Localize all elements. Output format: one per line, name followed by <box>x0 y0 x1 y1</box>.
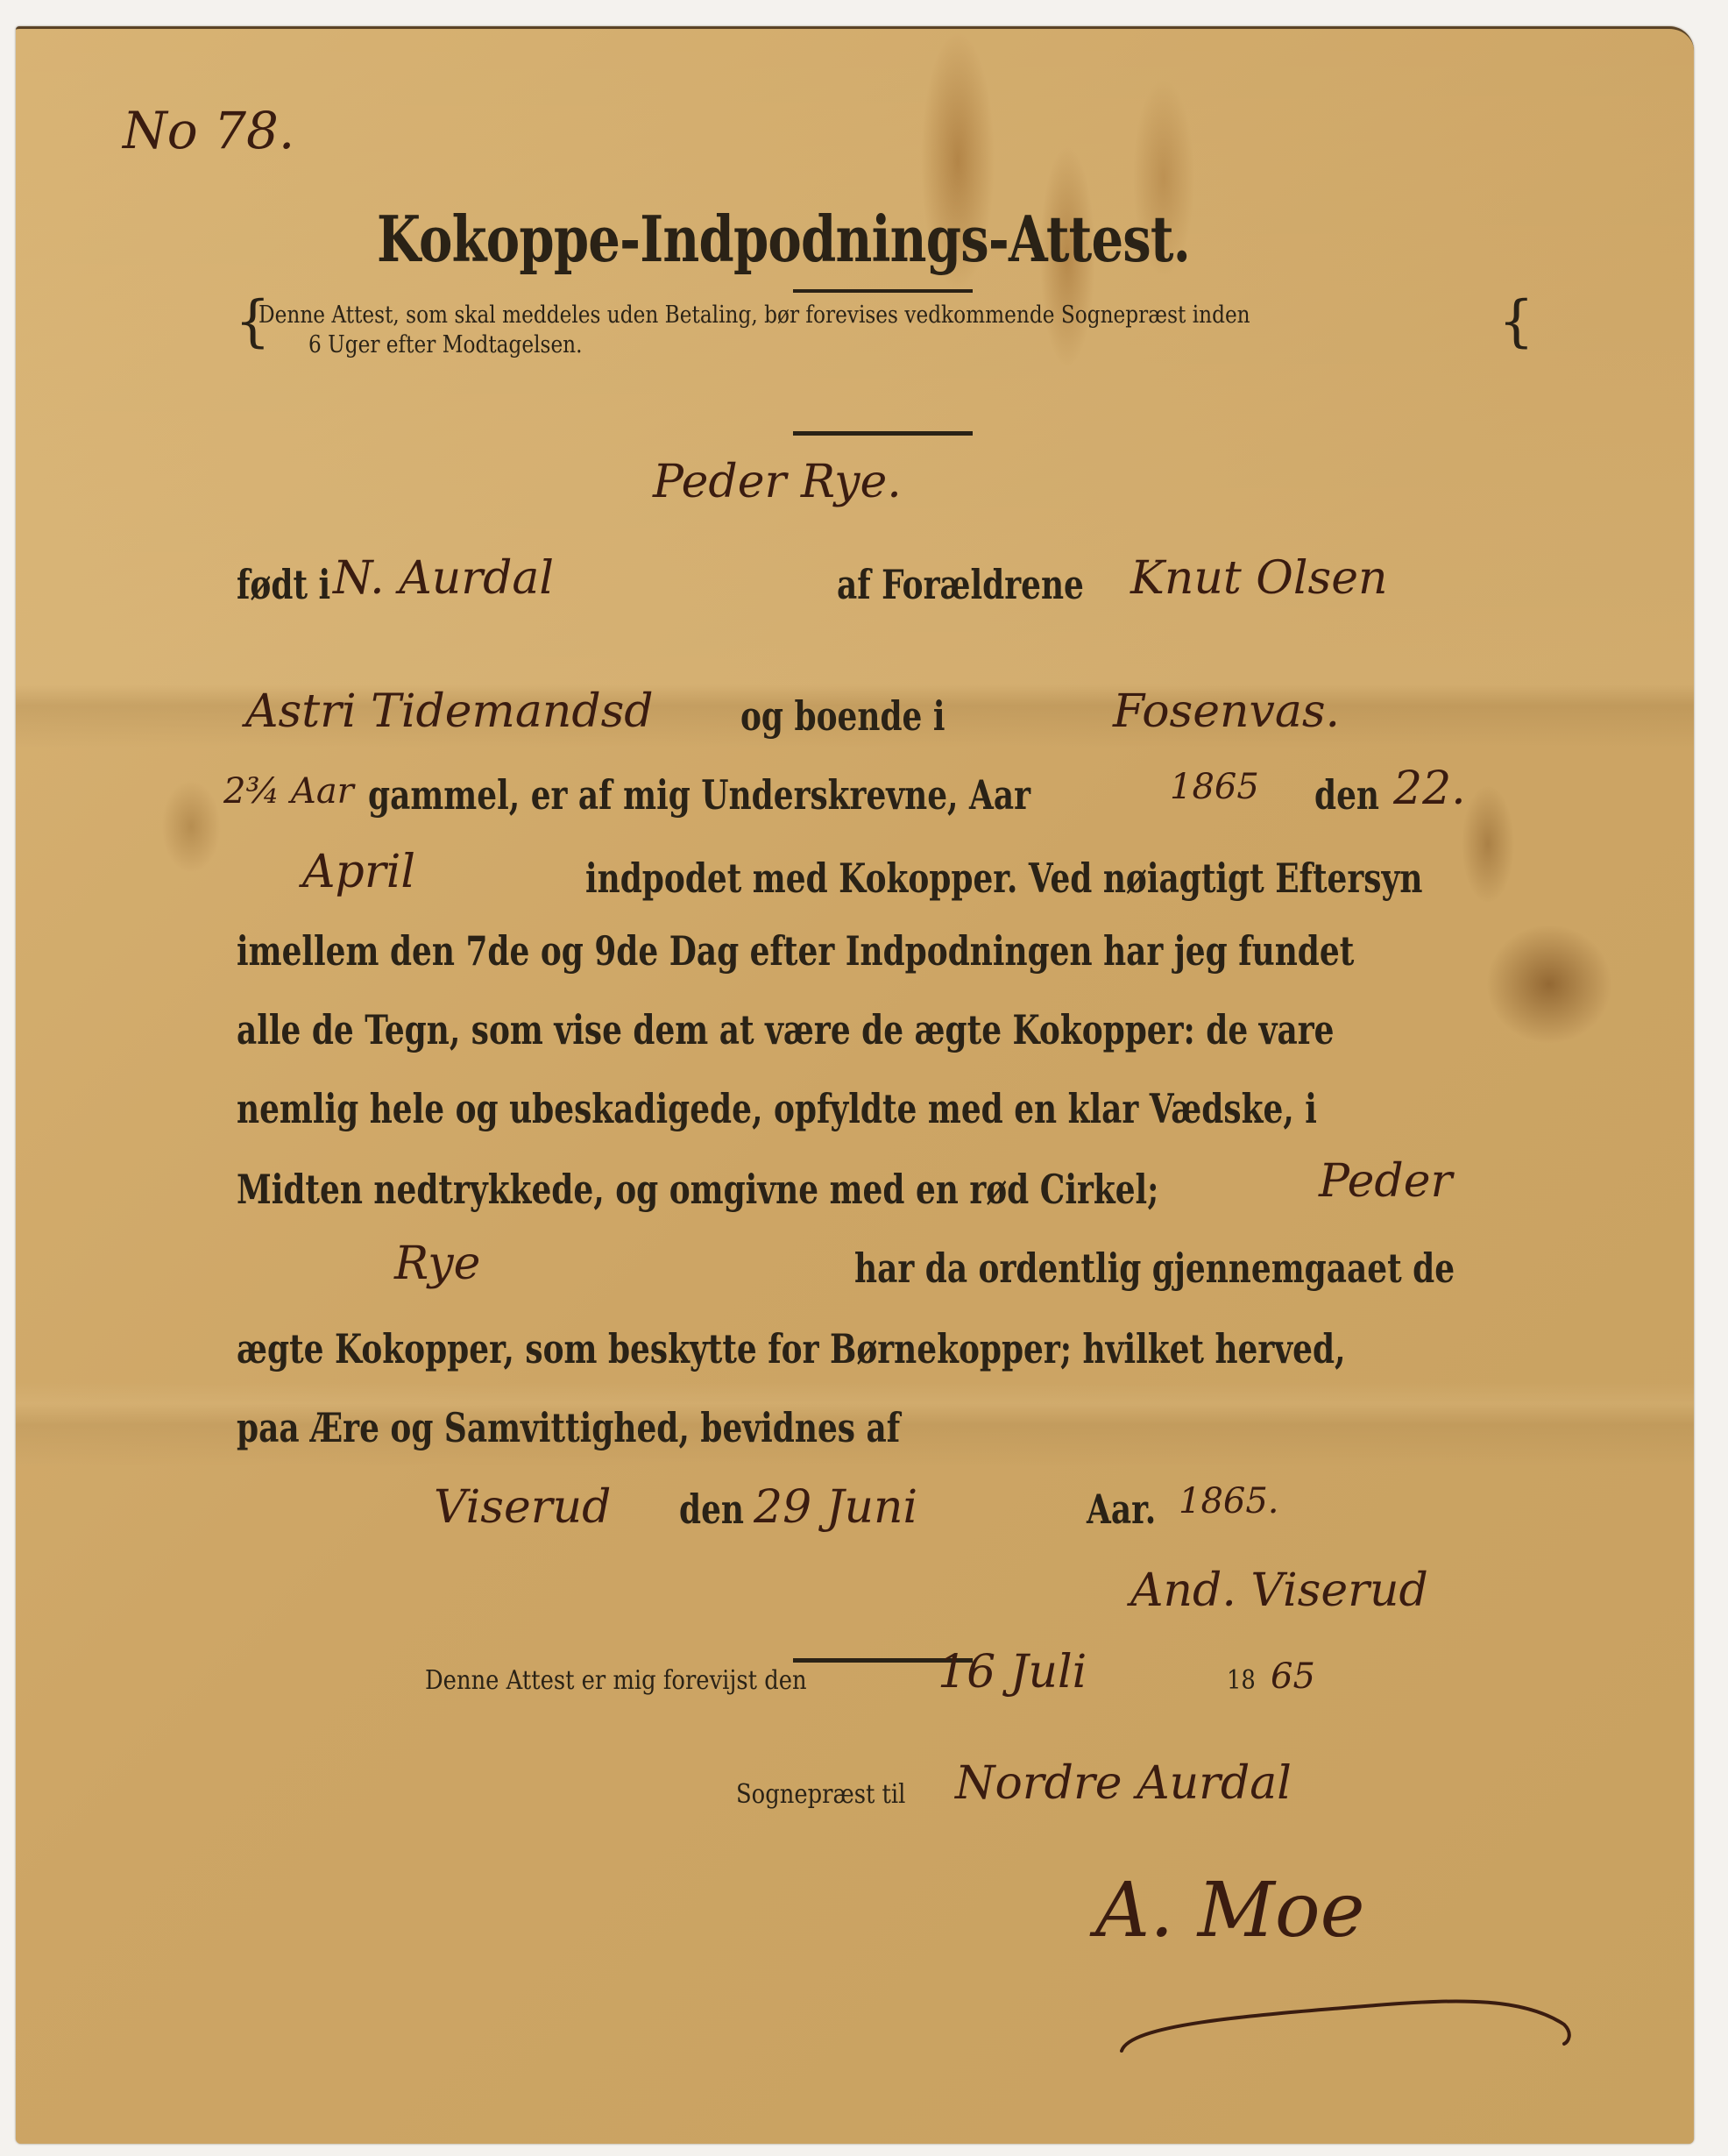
signature-flourish <box>1113 1989 1586 2060</box>
line-nemlig: nemlig hele og ubeskadigede, opfyldte me… <box>237 1085 1317 1132</box>
shown-label: Denne Attest er mig forevijst den <box>425 1665 807 1696</box>
notice-line-2: 6 Uger efter Modtagelsen. <box>308 331 583 358</box>
line-har: har da ordentlig gjennemgaaet de <box>854 1245 1455 1292</box>
certificate-number: No 78. <box>123 101 294 160</box>
line-paa: paa Ære og Samvittighed, bevidnes af <box>237 1404 900 1451</box>
section-divider <box>793 431 973 436</box>
shown-year-suffix: 65 <box>1271 1656 1315 1697</box>
den-label: den <box>1314 771 1379 819</box>
born-label: født i <box>237 561 330 608</box>
patient-age: 2¾ Aar <box>223 771 354 812</box>
residing-label: og boende i <box>740 692 945 740</box>
patient-first-name: Peder <box>1319 1155 1452 1208</box>
vaccinator-signature: And. Viserud <box>1130 1564 1428 1617</box>
signing-year: 1865. <box>1179 1481 1279 1521</box>
title-underline <box>793 289 973 293</box>
signing-den-label: den <box>679 1486 744 1533</box>
document-title: Kokoppe-Indpodnings-Attest. <box>377 202 1190 276</box>
patient-name: Peder Rye. <box>653 456 902 508</box>
priest-label: Sognepræst til <box>736 1779 905 1810</box>
shown-date: 16 Juli <box>938 1646 1087 1699</box>
patient-last-name: Rye <box>394 1238 480 1290</box>
notice-line-1: Denne Attest, som skal meddeles uden Bet… <box>258 301 1250 329</box>
aar-label: Aar. <box>1087 1486 1156 1533</box>
birthplace: N. Aurdal <box>333 552 554 605</box>
father-name: Knut Olsen <box>1130 552 1387 605</box>
vaccination-year: 1865 <box>1170 767 1259 807</box>
line-age: gammel, er af mig Underskrevne, Aar <box>368 771 1030 819</box>
shown-year-prefix: 18 <box>1227 1665 1256 1696</box>
line-midten: Midten nedtrykkede, og omgivne med en rø… <box>237 1166 1158 1213</box>
vaccination-day: 22. <box>1393 762 1466 815</box>
line-april: indpodet med Kokopper. Ved nøiagtigt Eft… <box>585 855 1422 902</box>
signing-date: 29 Juni <box>754 1481 917 1534</box>
mother-name: Astri Tidemandsd <box>245 685 654 738</box>
signing-place: Viserud <box>434 1481 611 1534</box>
parish-name: Nordre Aurdal <box>955 1757 1292 1810</box>
line-imellem: imellem den 7de og 9de Dag efter Indpodn… <box>237 927 1354 975</box>
priest-signature: A. Moe <box>1095 1867 1365 1954</box>
right-brace: { <box>1498 289 1534 354</box>
residence: Fosenvas. <box>1113 685 1340 738</box>
vaccination-month: April <box>302 846 415 898</box>
line-aegte: ægte Kokopper, som beskytte for Børnekop… <box>237 1325 1346 1372</box>
line-alle: alle de Tegn, som vise dem at være de æg… <box>237 1006 1335 1053</box>
parents-label: af Forældrene <box>837 561 1084 608</box>
